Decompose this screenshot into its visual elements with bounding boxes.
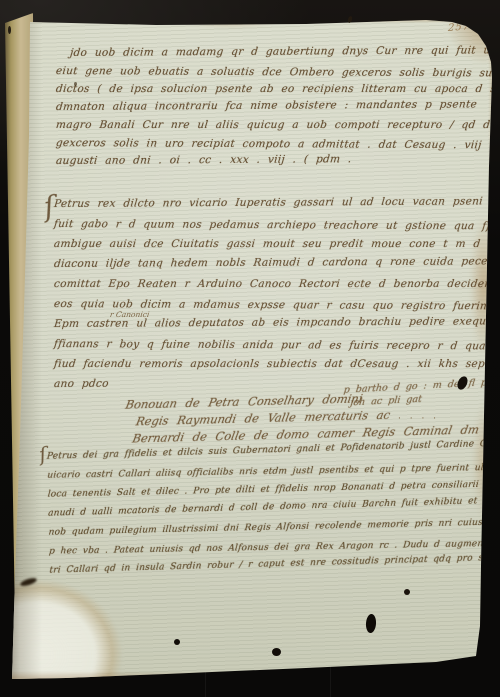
page-edge-browning — [6, 16, 498, 684]
wormhole-4 — [404, 589, 410, 595]
photo-scene: 257 jdo uob dicim a madamg qr d gauberti… — [0, 0, 500, 697]
wormhole-2 — [272, 648, 281, 656]
wormhole-1 — [174, 639, 180, 645]
ink-dot-top — [347, 16, 353, 24]
margin-fleck-top — [8, 26, 11, 34]
margin-fleck-small — [74, 82, 77, 86]
manuscript-page: 257 jdo uob dicim a madamg qr d gauberti… — [6, 16, 498, 684]
